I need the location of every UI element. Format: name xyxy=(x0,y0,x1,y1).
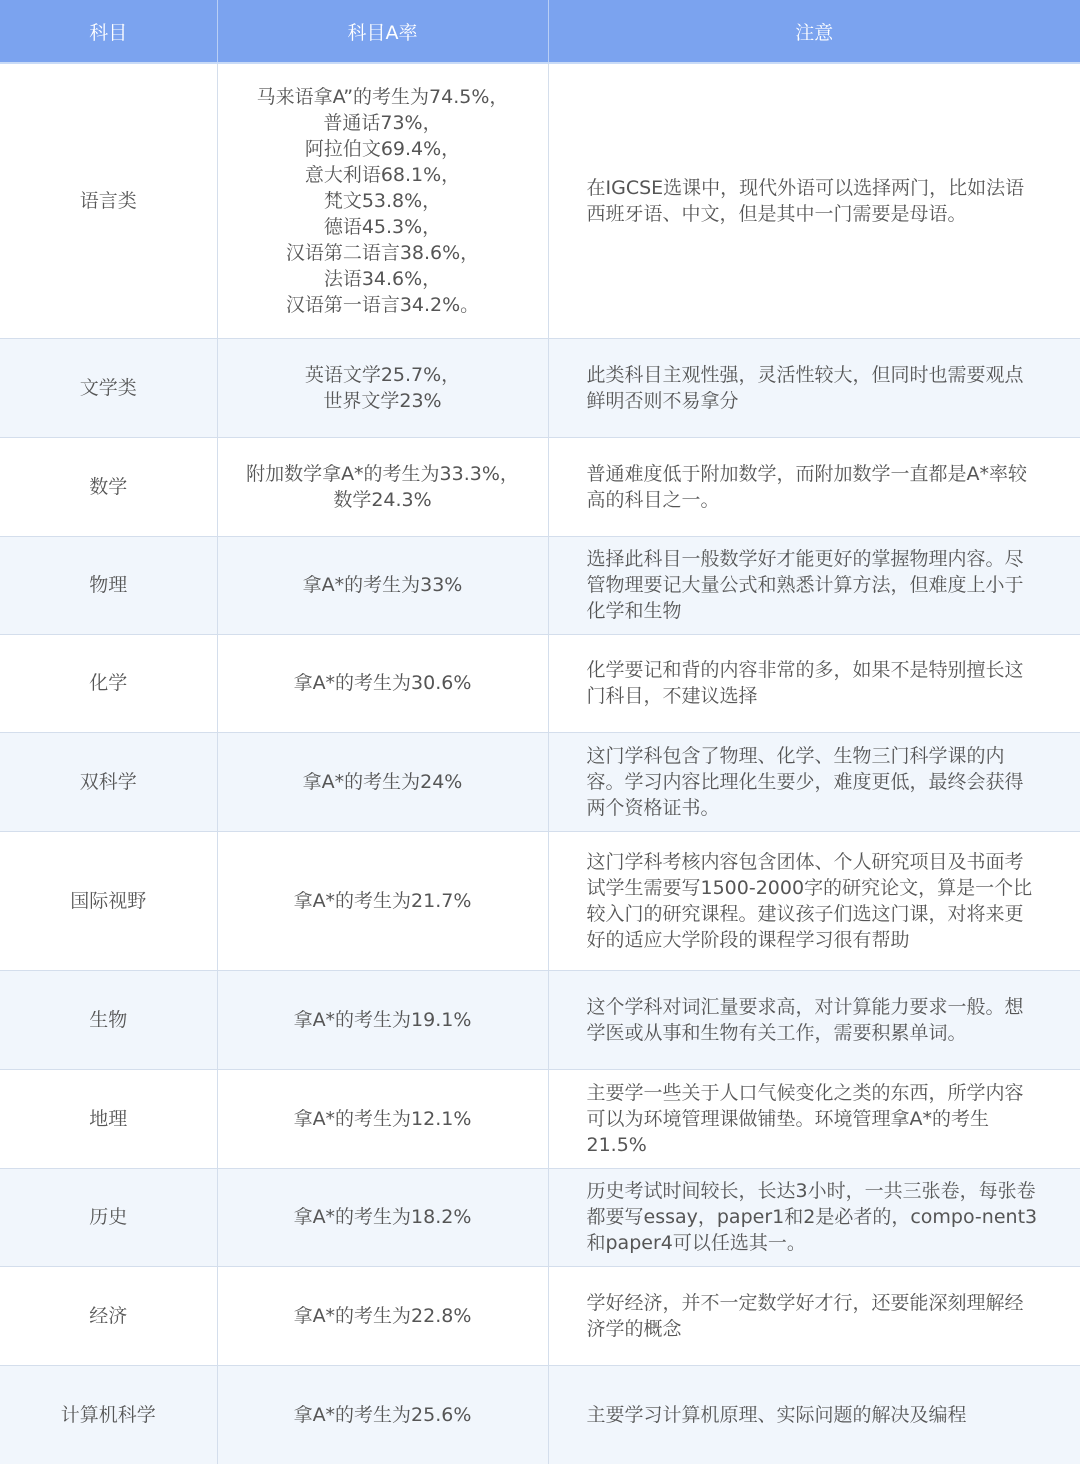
igcse-subject-table: 科目 科目A率 注意 语言类 马来语拿A”的考生为74.5%， 普通话73%， … xyxy=(0,0,1080,1464)
table-row: 物理 拿A*的考生为33% 选择此科目一般数学好才能更好的掌握物理内容。尽管物理… xyxy=(0,536,1080,634)
note-cell: 在IGCSE选课中，现代外语可以选择两门，比如法语西班牙语、中文，但是其中一门需… xyxy=(548,63,1080,338)
column-header-a-rate: 科目A率 xyxy=(217,0,548,63)
subject-cell: 历史 xyxy=(0,1168,217,1266)
note-cell: 学好经济，并不一定数学好才行，还要能深刻理解经济学的概念 xyxy=(548,1266,1080,1365)
rate-line: 拿A*的考生为19.1% xyxy=(218,1007,548,1033)
rate-cell: 拿A*的考生为19.1% xyxy=(217,970,548,1069)
table-row: 计算机科学 拿A*的考生为25.6% 主要学习计算机原理、实际问题的解决及编程 xyxy=(0,1365,1080,1464)
table-row: 化学 拿A*的考生为30.6% 化学要记和背的内容非常的多，如果不是特别擅长这门… xyxy=(0,634,1080,732)
note-cell: 主要学习计算机原理、实际问题的解决及编程 xyxy=(548,1365,1080,1464)
rate-line: 英语文学25.7%， xyxy=(218,362,548,388)
subject-cell: 生物 xyxy=(0,970,217,1069)
rate-cell: 拿A*的考生为25.6% xyxy=(217,1365,548,1464)
note-cell: 普通难度低于附加数学，而附加数学一直都是A*率较高的科目之一。 xyxy=(548,437,1080,536)
rate-line: 汉语第二语言38.6%， xyxy=(218,240,548,266)
subject-cell: 双科学 xyxy=(0,732,217,831)
rate-line: 梵文53.8%， xyxy=(218,188,548,214)
note-cell: 历史考试时间较长，长达3小时，一共三张卷，每张卷都要写essay，paper1和… xyxy=(548,1168,1080,1266)
note-cell: 主要学一些关于人口气候变化之类的东西，所学内容可以为环境管理课做铺垫。环境管理拿… xyxy=(548,1069,1080,1168)
note-cell: 这门学科考核内容包含团体、个人研究项目及书面考试学生需要写1500-2000字的… xyxy=(548,831,1080,970)
subject-cell: 计算机科学 xyxy=(0,1365,217,1464)
rate-cell: 拿A*的考生为12.1% xyxy=(217,1069,548,1168)
rate-cell: 拿A*的考生为21.7% xyxy=(217,831,548,970)
rate-line: 拿A*的考生为30.6% xyxy=(218,670,548,696)
table-row: 历史 拿A*的考生为18.2% 历史考试时间较长，长达3小时，一共三张卷，每张卷… xyxy=(0,1168,1080,1266)
subject-cell: 化学 xyxy=(0,634,217,732)
note-cell: 此类科目主观性强，灵活性较大，但同时也需要观点鲜明否则不易拿分 xyxy=(548,338,1080,437)
rate-cell: 拿A*的考生为24% xyxy=(217,732,548,831)
subject-cell: 国际视野 xyxy=(0,831,217,970)
note-cell: 这个学科对词汇量要求高，对计算能力要求一般。想学医或从事和生物有关工作，需要积累… xyxy=(548,970,1080,1069)
subject-cell: 地理 xyxy=(0,1069,217,1168)
table-row: 语言类 马来语拿A”的考生为74.5%， 普通话73%， 阿拉伯文69.4%， … xyxy=(0,63,1080,338)
note-cell: 化学要记和背的内容非常的多，如果不是特别擅长这门科目，不建议选择 xyxy=(548,634,1080,732)
subject-cell: 经济 xyxy=(0,1266,217,1365)
rate-cell: 拿A*的考生为18.2% xyxy=(217,1168,548,1266)
rate-line: 拿A*的考生为22.8% xyxy=(218,1303,548,1329)
rate-line: 数学24.3% xyxy=(218,487,548,513)
table-row: 文学类 英语文学25.7%， 世界文学23% 此类科目主观性强，灵活性较大，但同… xyxy=(0,338,1080,437)
table-row: 国际视野 拿A*的考生为21.7% 这门学科考核内容包含团体、个人研究项目及书面… xyxy=(0,831,1080,970)
rate-cell: 附加数学拿A*的考生为33.3%， 数学24.3% xyxy=(217,437,548,536)
subject-cell: 物理 xyxy=(0,536,217,634)
rate-cell: 拿A*的考生为30.6% xyxy=(217,634,548,732)
rate-line: 拿A*的考生为24% xyxy=(218,769,548,795)
rate-cell: 英语文学25.7%， 世界文学23% xyxy=(217,338,548,437)
column-header-notes: 注意 xyxy=(548,0,1080,63)
rate-line: 法语34.6%， xyxy=(218,266,548,292)
rate-line: 世界文学23% xyxy=(218,388,548,414)
note-cell: 选择此科目一般数学好才能更好的掌握物理内容。尽管物理要记大量公式和熟悉计算方法，… xyxy=(548,536,1080,634)
rate-line: 拿A*的考生为25.6% xyxy=(218,1402,548,1428)
rate-cell: 拿A*的考生为33% xyxy=(217,536,548,634)
rate-line: 德语45.3%， xyxy=(218,214,548,240)
rate-line: 汉语第一语言34.2%。 xyxy=(218,292,548,318)
table-header-row: 科目 科目A率 注意 xyxy=(0,0,1080,63)
note-cell: 这门学科包含了物理、化学、生物三门科学课的内容。学习内容比理化生要少，难度更低，… xyxy=(548,732,1080,831)
rate-line: 拿A*的考生为12.1% xyxy=(218,1106,548,1132)
table-row: 数学 附加数学拿A*的考生为33.3%， 数学24.3% 普通难度低于附加数学，… xyxy=(0,437,1080,536)
rate-line: 拿A*的考生为21.7% xyxy=(218,888,548,914)
rate-line: 意大利语68.1%， xyxy=(218,162,548,188)
rate-cell: 马来语拿A”的考生为74.5%， 普通话73%， 阿拉伯文69.4%， 意大利语… xyxy=(217,63,548,338)
subject-cell: 语言类 xyxy=(0,63,217,338)
rate-line: 附加数学拿A*的考生为33.3%， xyxy=(218,461,548,487)
rate-line: 拿A*的考生为33% xyxy=(218,572,548,598)
rate-cell: 拿A*的考生为22.8% xyxy=(217,1266,548,1365)
table-row: 地理 拿A*的考生为12.1% 主要学一些关于人口气候变化之类的东西，所学内容可… xyxy=(0,1069,1080,1168)
subject-cell: 数学 xyxy=(0,437,217,536)
rate-line: 拿A*的考生为18.2% xyxy=(218,1204,548,1230)
rate-line: 普通话73%， xyxy=(218,110,548,136)
table-row: 生物 拿A*的考生为19.1% 这个学科对词汇量要求高，对计算能力要求一般。想学… xyxy=(0,970,1080,1069)
column-header-subject: 科目 xyxy=(0,0,217,63)
rate-line: 阿拉伯文69.4%， xyxy=(218,136,548,162)
rate-line: 马来语拿A”的考生为74.5%， xyxy=(218,84,548,110)
table-row: 双科学 拿A*的考生为24% 这门学科包含了物理、化学、生物三门科学课的内容。学… xyxy=(0,732,1080,831)
table-row: 经济 拿A*的考生为22.8% 学好经济，并不一定数学好才行，还要能深刻理解经济… xyxy=(0,1266,1080,1365)
subject-cell: 文学类 xyxy=(0,338,217,437)
